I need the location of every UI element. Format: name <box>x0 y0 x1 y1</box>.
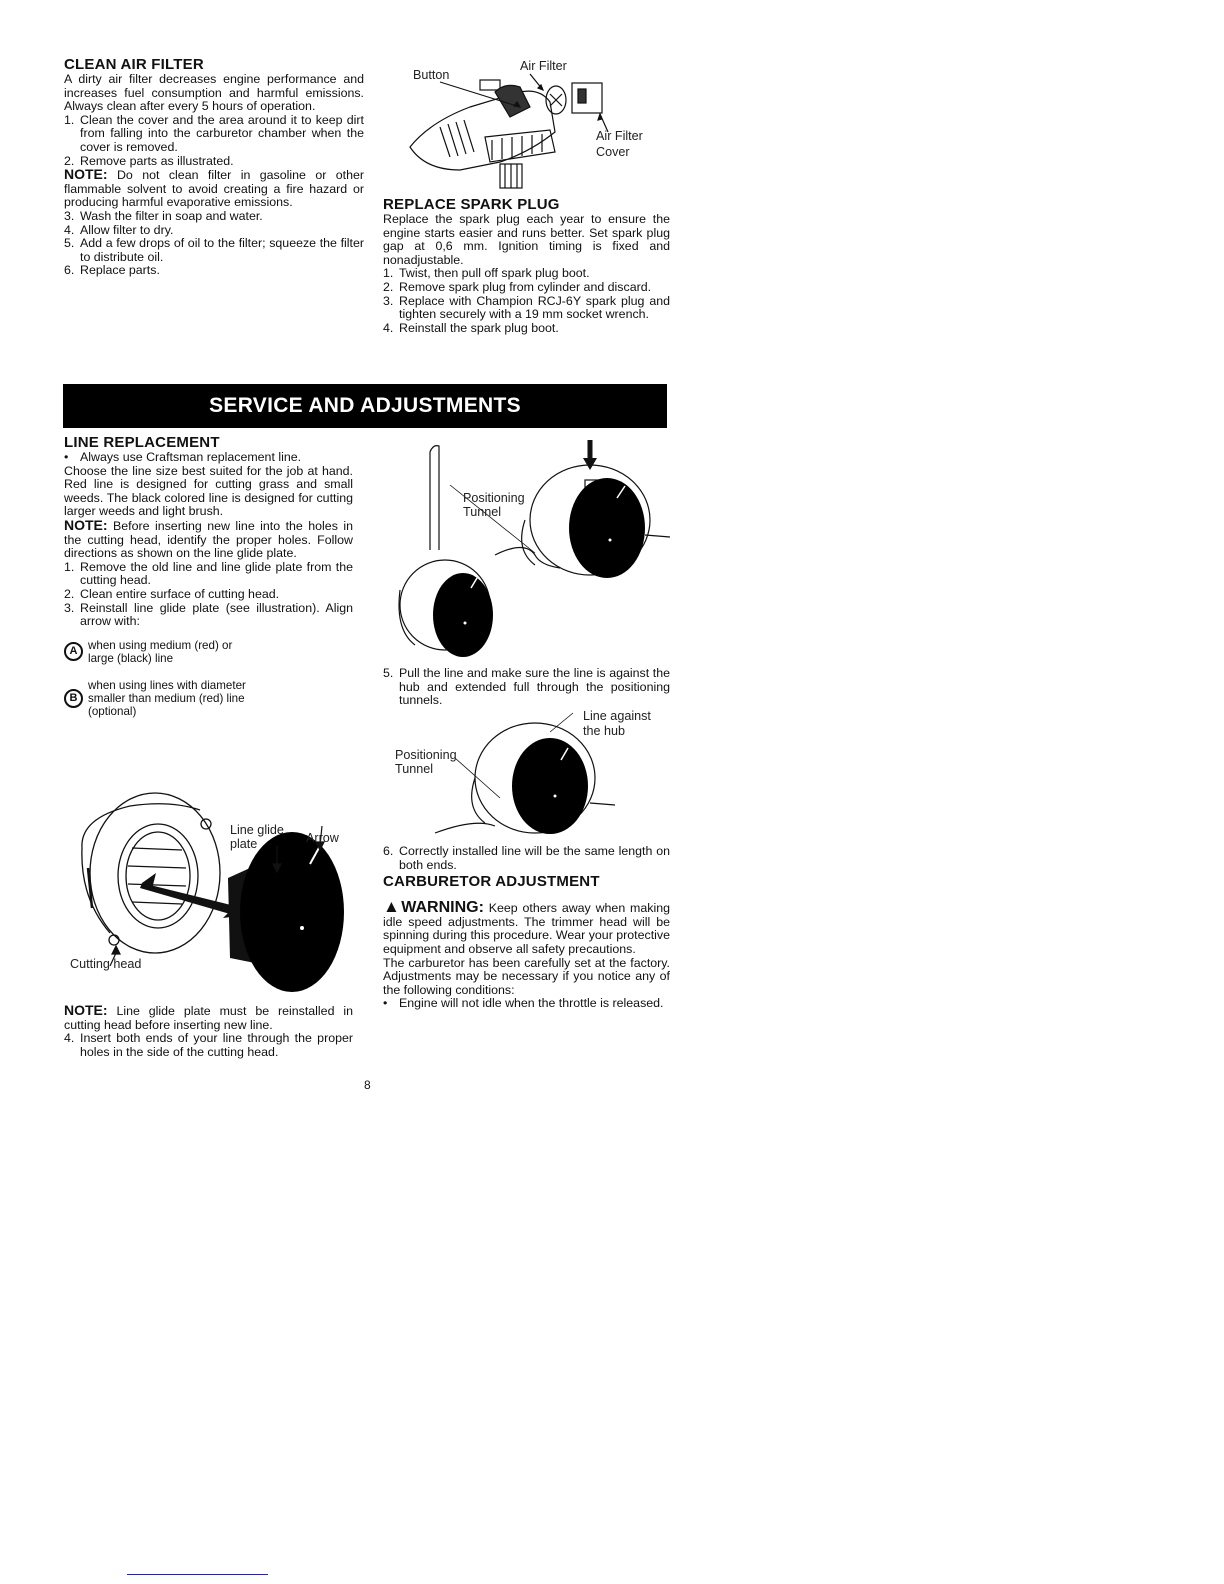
clean-air-filter-section: CLEAN AIR FILTER A dirty air filter decr… <box>64 57 364 278</box>
replace-spark-plug-heading: REPLACE SPARK PLUG <box>383 197 670 213</box>
list-item: 6.Replace parts. <box>64 264 364 278</box>
warning-triangle-icon: ▲ <box>383 897 401 916</box>
list-item: •Always use Craftsman replacement line. <box>64 451 353 465</box>
positioning-tunnel-label-1: Positioning <box>463 492 525 505</box>
positioning-tunnel-illustration: Positioning Tunnel <box>385 440 675 660</box>
list-item: 6.Correctly installed line will be the s… <box>383 845 670 872</box>
list-item: •Engine will not idle when the throttle … <box>383 997 670 1011</box>
footnote-divider <box>127 1574 268 1575</box>
replace-spark-plug-intro: Replace the spark plug each year to ensu… <box>383 213 670 267</box>
list-item: 3.Replace with Champion RCJ-6Y spark plu… <box>383 295 670 322</box>
list-item: 5.Pull the line and make sure the line i… <box>383 667 670 708</box>
replace-spark-plug-section: REPLACE SPARK PLUG Replace the spark plu… <box>383 197 670 335</box>
air-filter-illustration: Button Air Filter Air Filter Cover <box>380 52 680 197</box>
line-replacement-note: NOTE: Before inserting new line into the… <box>64 519 353 561</box>
line-insertion-drawing-icon <box>385 440 675 660</box>
clean-air-filter-intro: A dirty air filter decreases engine perf… <box>64 73 364 114</box>
cutting-head-label: Cutting head <box>70 958 141 971</box>
positioning-tunnel-label-2: Tunnel <box>463 506 501 519</box>
list-item: 2.Remove spark plug from cylinder and di… <box>383 281 670 295</box>
line-against-hub-label-2: the hub <box>583 725 625 738</box>
line-replacement-continued: NOTE: Line glide plate must be reinstall… <box>64 1004 353 1059</box>
list-item: 1.Twist, then pull off spark plug boot. <box>383 267 670 281</box>
line-glide-plate-label-1: Line glide <box>230 824 284 837</box>
page-number: 8 <box>364 1078 371 1092</box>
clean-air-filter-note: NOTE: Do not clean filter in gasoline or… <box>64 168 364 210</box>
option-a: A when using medium (red) orlarge (black… <box>64 639 353 665</box>
air-filter-cover-label-1: Air Filter <box>596 130 643 143</box>
line-against-hub-illustration: Line against the hub Positioning Tunnel <box>395 708 675 838</box>
line-replacement-body: Choose the line size best suited for the… <box>64 465 353 519</box>
list-item: 4.Allow filter to dry. <box>64 224 364 238</box>
section-banner: SERVICE AND ADJUSTMENTS <box>63 384 667 428</box>
list-item: 3.Reinstall line glide plate (see illust… <box>64 602 353 629</box>
air-filter-label: Air Filter <box>520 60 567 73</box>
list-item: 3.Wash the filter in soap and water. <box>64 210 364 224</box>
list-item: 1.Clean the cover and the area around it… <box>64 114 364 155</box>
list-item: 2.Clean entire surface of cutting head. <box>64 588 353 602</box>
glide-plate-note: NOTE: Line glide plate must be reinstall… <box>64 1004 353 1032</box>
carburetor-warning: ▲WARNING: Keep others away when making i… <box>383 900 670 956</box>
list-item: 4.Insert both ends of your line through … <box>64 1032 353 1059</box>
line-glide-plate-illustration: Line glide plate Arrow Cutting head <box>70 788 370 993</box>
circled-a-icon: A <box>64 642 83 661</box>
line-against-hub-label-1: Line against <box>583 710 651 723</box>
step-5: 5.Pull the line and make sure the line i… <box>383 667 670 708</box>
list-item: 5.Add a few drops of oil to the filter; … <box>64 237 364 264</box>
list-item: 2.Remove parts as illustrated. <box>64 155 364 169</box>
clean-air-filter-heading: CLEAN AIR FILTER <box>64 57 364 73</box>
hub-positioning-tunnel-label-1: Positioning <box>395 749 457 762</box>
list-item: 4.Reinstall the spark plug boot. <box>383 322 670 336</box>
button-label: Button <box>413 69 449 82</box>
line-glide-plate-label-2: plate <box>230 838 257 851</box>
hub-drawing-icon <box>395 708 675 838</box>
arrow-label: Arrow <box>306 832 339 845</box>
circled-b-icon: B <box>64 689 83 708</box>
list-item: 1.Remove the old line and line glide pla… <box>64 561 353 588</box>
air-filter-cover-label-2: Cover <box>596 146 630 159</box>
carburetor-body: The carburetor has been carefully set at… <box>383 957 670 998</box>
hub-positioning-tunnel-label-2: Tunnel <box>395 763 433 776</box>
option-b: B when using lines with diametersmaller … <box>64 679 353 718</box>
carburetor-heading: CARBURETOR ADJUSTMENT <box>383 874 670 890</box>
line-replacement-section: LINE REPLACEMENT •Always use Craftsman r… <box>64 435 353 718</box>
carburetor-section: 6.Correctly installed line will be the s… <box>383 845 670 1011</box>
line-replacement-heading: LINE REPLACEMENT <box>64 435 353 451</box>
